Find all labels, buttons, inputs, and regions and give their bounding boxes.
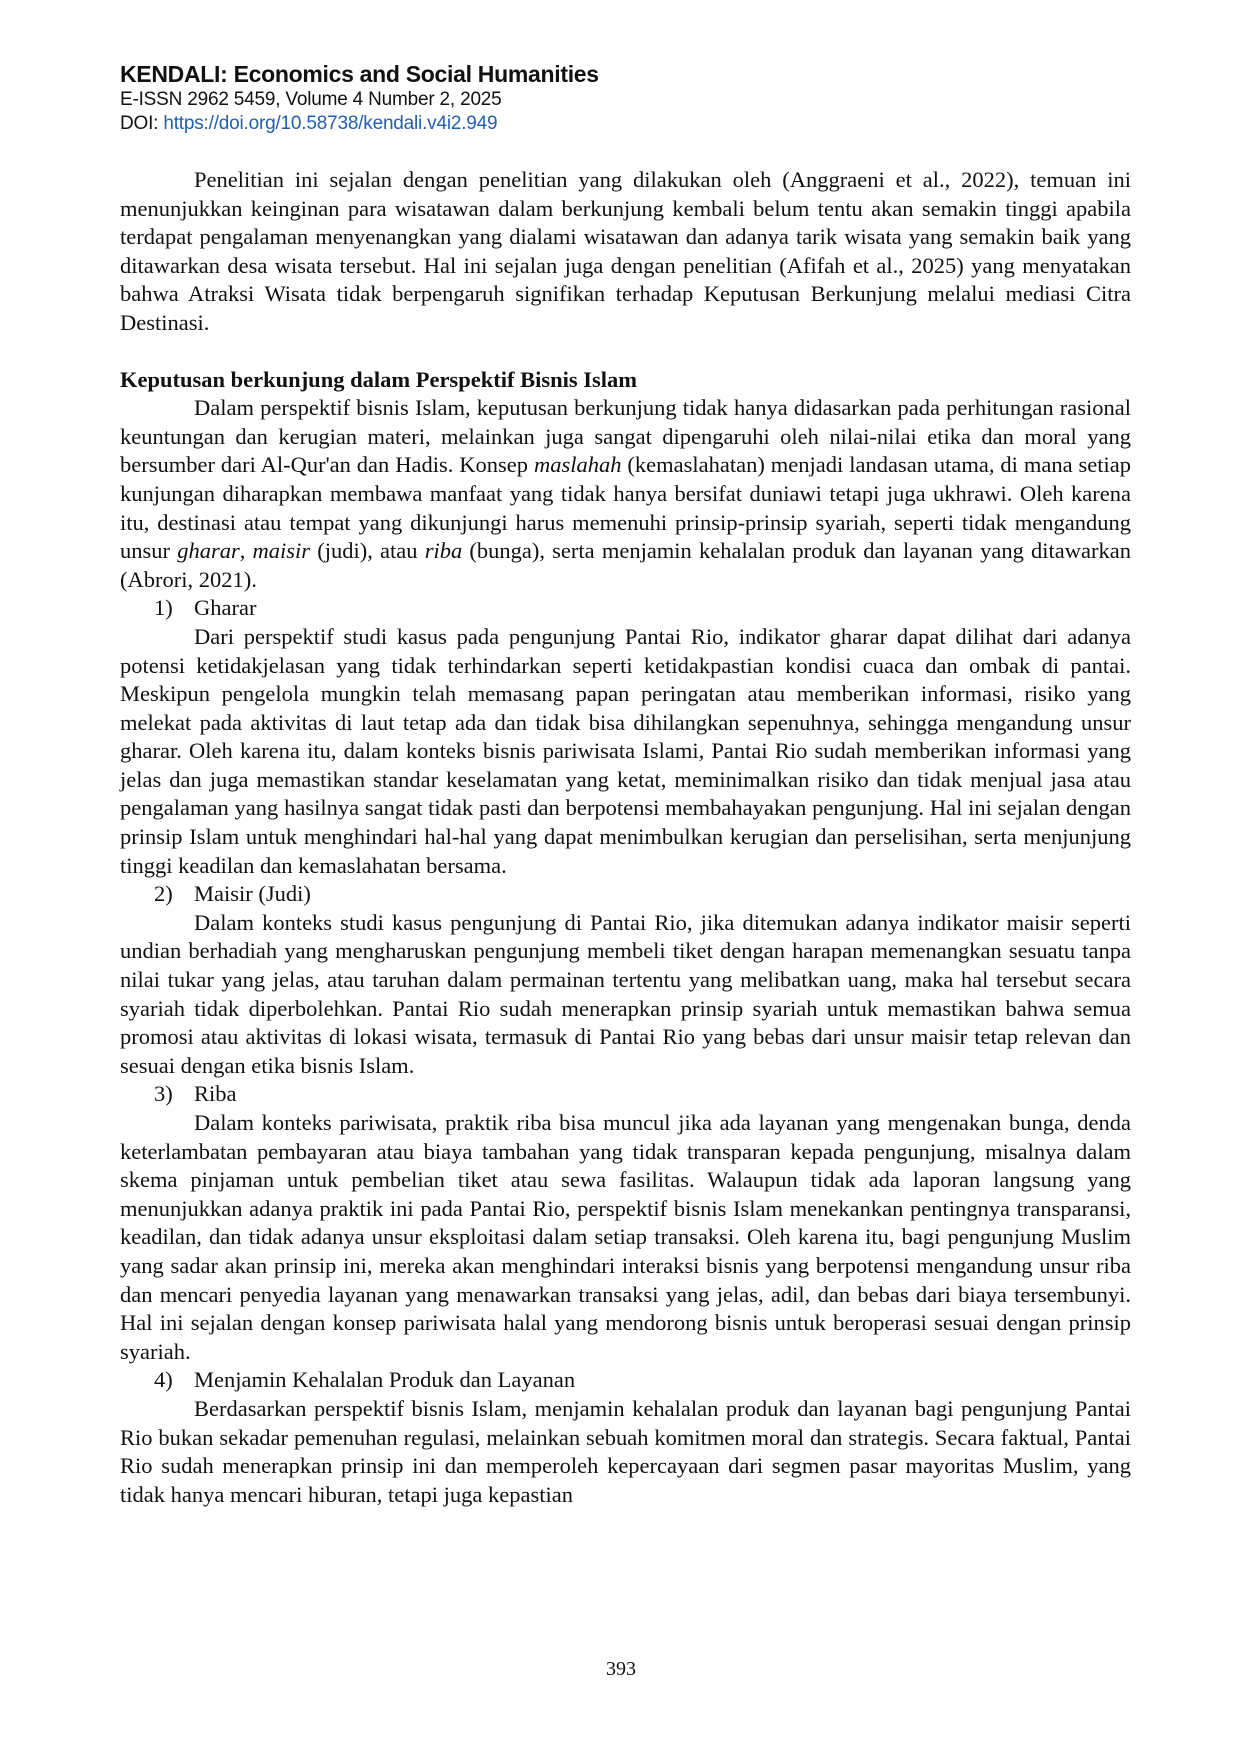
text-run: (judi), atau: [310, 538, 425, 563]
doi-label: DOI:: [120, 113, 163, 134]
list-title: Gharar: [194, 594, 256, 623]
article-body: Penelitian ini sejalan dengan penelitian…: [120, 166, 1131, 1509]
list-title: Riba: [194, 1080, 237, 1109]
doi-link[interactable]: https://doi.org/10.58738/kendali.v4i2.94…: [163, 113, 497, 134]
term-riba: riba: [425, 538, 463, 563]
section-paragraph: Dalam perspektif bisnis Islam, keputusan…: [120, 394, 1131, 594]
list-item-halal: 4) Menjamin Kehalalan Produk dan Layanan: [120, 1366, 1131, 1395]
list-number: 1): [154, 594, 194, 623]
text-run: ,: [240, 538, 253, 563]
maisir-paragraph: Dalam konteks studi kasus pengunjung di …: [120, 909, 1131, 1081]
list-item-riba: 3) Riba: [120, 1080, 1131, 1109]
page-number: 393: [0, 1658, 1242, 1681]
journal-header: KENDALI: Economics and Social Humanities…: [120, 60, 599, 136]
term-gharar: gharar: [177, 538, 240, 563]
list-number: 2): [154, 880, 194, 909]
doi-line: DOI: https://doi.org/10.58738/kendali.v4…: [120, 112, 599, 136]
list-item-gharar: 1) Gharar: [120, 594, 1131, 623]
list-title: Menjamin Kehalalan Produk dan Layanan: [194, 1366, 575, 1395]
issn-volume-line: E-ISSN 2962 5459, Volume 4 Number 2, 202…: [120, 88, 599, 112]
gharar-paragraph: Dari perspektif studi kasus pada pengunj…: [120, 623, 1131, 880]
list-item-maisir: 2) Maisir (Judi): [120, 880, 1131, 909]
list-title: Maisir (Judi): [194, 880, 311, 909]
riba-paragraph: Dalam konteks pariwisata, praktik riba b…: [120, 1109, 1131, 1366]
term-maisir: maisir: [253, 538, 311, 563]
journal-title: KENDALI: Economics and Social Humanities: [120, 60, 599, 88]
intro-paragraph: Penelitian ini sejalan dengan penelitian…: [120, 166, 1131, 338]
list-number: 3): [154, 1080, 194, 1109]
halal-paragraph: Berdasarkan perspektif bisnis Islam, men…: [120, 1395, 1131, 1509]
term-maslahah: maslahah: [534, 452, 622, 477]
list-number: 4): [154, 1366, 194, 1395]
section-heading: Keputusan berkunjung dalam Perspektif Bi…: [120, 366, 1131, 395]
